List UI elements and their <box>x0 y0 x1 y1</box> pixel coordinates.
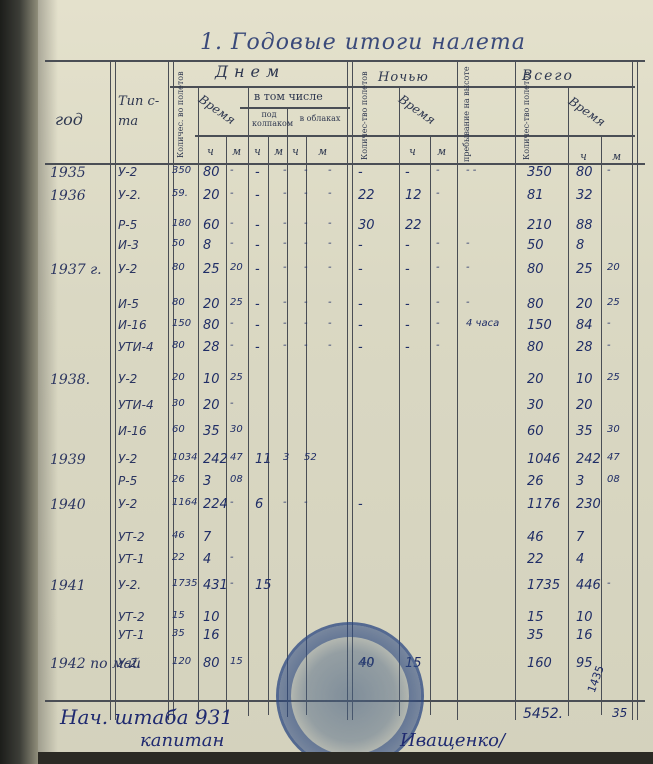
cell-cloud-m: - <box>328 262 332 273</box>
header-total-h: ч <box>580 150 587 163</box>
cell-day-h: 80 <box>203 165 220 180</box>
cell-day-h: 7 <box>203 530 211 545</box>
cell-night-m: - <box>436 318 440 329</box>
header-day-count: Количес. во полетов <box>176 88 185 158</box>
cell-cloud-h: - <box>304 340 308 351</box>
grid-col-year <box>110 60 116 720</box>
cell-stay: - - <box>466 165 476 176</box>
cell-hood-h: - <box>255 218 260 233</box>
cell-type: Р-5 <box>118 474 137 488</box>
grid-col-stay-end <box>515 60 516 720</box>
grid-col-day-end <box>347 60 353 720</box>
cell-total-count: 80 <box>527 297 544 312</box>
grid-col-end <box>632 60 638 720</box>
cell-day-count: 20 <box>172 372 185 383</box>
cell-hood-h: 6 <box>255 497 263 512</box>
cell-cloud-m: - <box>328 188 332 199</box>
grid-col-nighth <box>430 135 431 715</box>
cell-day-m: - <box>230 218 234 229</box>
cell-total-count: 30 <box>527 398 544 413</box>
cell-total-count: 80 <box>527 340 544 355</box>
cell-total-h: 8 <box>576 238 584 253</box>
cell-hood-h: - <box>255 297 260 312</box>
cell-total-h: 80 <box>576 165 593 180</box>
cell-day-count: 1034 <box>172 452 197 463</box>
cell-type: УТИ-4 <box>118 340 154 354</box>
cell-day-count: 1164 <box>172 497 197 508</box>
cell-year: 1938. <box>50 372 90 388</box>
cell-total-m: 30 <box>607 424 620 435</box>
cell-day-count: 80 <box>172 297 185 308</box>
cell-total-h: 242 <box>576 452 601 467</box>
cell-night-h: - <box>405 165 410 180</box>
cell-total-h: 35 <box>576 424 593 439</box>
cell-total-h: 88 <box>576 218 593 233</box>
cell-day-m: - <box>230 340 234 351</box>
cell-cloud-m: - <box>328 218 332 229</box>
cell-night-m: - <box>436 297 440 308</box>
cell-day-m: 25 <box>230 372 243 383</box>
header-year: год <box>55 110 83 129</box>
grid-col-nightcount <box>399 86 400 716</box>
cell-night-h: 22 <box>405 218 422 233</box>
cell-type: У-2 <box>118 165 137 179</box>
cell-total-h: 230 <box>576 497 601 512</box>
cell-hood-h: - <box>255 188 260 203</box>
cell-type: Р-5 <box>118 218 137 232</box>
cell-total-count: 160 <box>527 656 552 671</box>
cell-total-m: - <box>607 318 611 329</box>
cell-total-count: 210 <box>527 218 552 233</box>
cell-stay: - <box>466 262 470 273</box>
cell-day-h: 224 <box>203 497 228 512</box>
cell-total-h: 7 <box>576 530 584 545</box>
cell-hood-m: - <box>283 262 287 273</box>
cell-year: 1936 <box>50 188 86 204</box>
cell-total-h: 84 <box>576 318 593 333</box>
cell-total-count: 20 <box>527 372 544 387</box>
cell-day-h: 20 <box>203 398 220 413</box>
cell-type: У-2. <box>118 188 141 202</box>
grid-col-daycount <box>198 86 199 716</box>
cell-total-h: 10 <box>576 372 593 387</box>
cell-day-count: 50 <box>172 238 185 249</box>
cell-hood-m: - <box>283 165 287 176</box>
cell-total-m: - <box>607 578 611 589</box>
cell-night-count: - <box>358 297 363 312</box>
cell-type: УТИ-4 <box>118 398 154 412</box>
cell-total-m: - <box>607 340 611 351</box>
cell-type: У-2 <box>118 262 137 276</box>
cell-total-count: 1735 <box>527 578 560 593</box>
cell-hood-h: 11 <box>255 452 272 467</box>
cell-day-m: 25 <box>230 297 243 308</box>
cell-day-count: 60 <box>172 424 185 435</box>
cell-day-count: 80 <box>172 262 185 273</box>
cell-type: УТ-2 <box>118 530 145 544</box>
cell-total-h: 32 <box>576 188 593 203</box>
cell-day-count: 59. <box>172 188 188 199</box>
cell-hood-m: 3 <box>283 452 289 463</box>
cell-day-count: 150 <box>172 318 191 329</box>
cell-day-h: 20 <box>203 297 220 312</box>
cell-total-h: 3 <box>576 474 584 489</box>
header-night: Ночью <box>378 70 429 85</box>
cell-cloud-h: - <box>304 497 308 508</box>
cell-total-count: 1046 <box>527 452 560 467</box>
cell-day-count: 350 <box>172 165 191 176</box>
cell-night-count: - <box>358 238 363 253</box>
cell-day-h: 3 <box>203 474 211 489</box>
cell-day-count: 26 <box>172 474 185 485</box>
cell-hood-h: - <box>255 262 260 277</box>
cell-total-m: 25 <box>607 297 620 308</box>
cell-day-h: 242 <box>203 452 228 467</box>
page-title: 1. Годовые итоги налета <box>200 30 526 55</box>
stamp-text: 40 <box>360 655 374 668</box>
header-cloud-h: ч <box>292 145 299 158</box>
page-bottom-edge <box>38 752 653 764</box>
cell-day-m: 15 <box>230 656 243 667</box>
cell-year: 1940 <box>50 497 86 513</box>
cell-total-m: 47 <box>607 452 620 463</box>
cell-hood-h: - <box>255 165 260 180</box>
header-night-count: Количес-тво полетов <box>360 92 369 160</box>
cell-type: У-2. <box>118 656 141 670</box>
cell-day-count: 1735 <box>172 578 197 589</box>
header-stay: пребывание на высоте <box>462 66 506 162</box>
cell-night-count: - <box>358 497 363 512</box>
cell-day-count: 46 <box>172 530 185 541</box>
header-hood-m: м <box>274 145 283 158</box>
cell-total-count: 1176 <box>527 497 560 512</box>
cell-total-h: 4 <box>576 552 584 567</box>
grand-total-minutes: 35 <box>612 706 627 720</box>
cell-night-count: 22 <box>358 188 375 203</box>
cell-cloud-h: - <box>304 218 308 229</box>
cell-day-h: 16 <box>203 628 220 643</box>
cell-day-m: - <box>230 188 234 199</box>
cell-hood-m: - <box>283 340 287 351</box>
header-incl-hood: под колпаком <box>252 110 286 128</box>
grid-col-totalcount <box>568 86 569 716</box>
cell-night-count: - <box>358 262 363 277</box>
cell-hood-m: - <box>283 497 287 508</box>
header-day: Днем <box>215 62 285 81</box>
grid-group-row <box>170 86 635 88</box>
cell-day-count: 180 <box>172 218 191 229</box>
cell-cloud-m: - <box>328 318 332 329</box>
cell-night-h: - <box>405 340 410 355</box>
cell-cloud-m: - <box>328 238 332 249</box>
cell-day-m: - <box>230 398 234 409</box>
cell-type: УТ-1 <box>118 552 145 566</box>
grid-col-type <box>168 60 174 720</box>
cell-day-h: 8 <box>203 238 211 253</box>
cell-day-h: 431 <box>203 578 228 593</box>
cell-hood-h: - <box>255 318 260 333</box>
cell-hood-h: - <box>255 238 260 253</box>
signature-name: Иващенко/ <box>400 730 505 751</box>
cell-stay: - <box>466 297 470 308</box>
cell-year: 1937 г. <box>50 262 102 278</box>
header-cloud-m: м <box>318 145 327 158</box>
cell-day-h: 20 <box>203 188 220 203</box>
cell-total-count: 46 <box>527 530 544 545</box>
cell-hood-m: - <box>283 188 287 199</box>
cell-total-count: 80 <box>527 262 544 277</box>
cell-cloud-h: - <box>304 318 308 329</box>
cell-day-count: 80 <box>172 340 185 351</box>
cell-total-count: 22 <box>527 552 544 567</box>
cell-day-m: 47 <box>230 452 243 463</box>
cell-day-h: 35 <box>203 424 220 439</box>
cell-stay: - <box>466 238 470 249</box>
cell-total-m: 25 <box>607 372 620 383</box>
cell-total-h: 95 <box>576 656 593 671</box>
cell-total-count: 60 <box>527 424 544 439</box>
grid-col-hoodh <box>268 135 269 715</box>
cell-cloud-m: - <box>328 165 332 176</box>
cell-hood-m: - <box>283 238 287 249</box>
cell-cloud-m: - <box>328 297 332 308</box>
cell-total-count: 150 <box>527 318 552 333</box>
cell-day-count: 120 <box>172 656 191 667</box>
cell-total-h: 20 <box>576 297 593 312</box>
cell-total-m: 08 <box>607 474 620 485</box>
cell-total-m: 20 <box>607 262 620 273</box>
cell-total-h: 25 <box>576 262 593 277</box>
header-night-m: м <box>437 145 446 158</box>
cell-total-count: 81 <box>527 188 544 203</box>
cell-day-h: 4 <box>203 552 211 567</box>
cell-day-h: 25 <box>203 262 220 277</box>
header-incl: в том числе <box>254 90 323 103</box>
cell-total-count: 350 <box>527 165 552 180</box>
cell-total-count: 26 <box>527 474 544 489</box>
cell-year: 1935 <box>50 165 86 181</box>
cell-day-m: 20 <box>230 262 243 273</box>
cell-night-m: - <box>436 340 440 351</box>
cell-total-count: 50 <box>527 238 544 253</box>
cell-total-h: 10 <box>576 610 593 625</box>
cell-day-m: - <box>230 497 234 508</box>
cell-cloud-h: - <box>304 165 308 176</box>
cell-total-m: - <box>607 165 611 176</box>
cell-night-m: - <box>436 188 440 199</box>
cell-total-count: 35 <box>527 628 544 643</box>
cell-day-h: 80 <box>203 318 220 333</box>
cell-total-h: 446 <box>576 578 601 593</box>
cell-day-m: - <box>230 165 234 176</box>
cell-day-count: 30 <box>172 398 185 409</box>
grid-col-hoodm <box>287 107 288 717</box>
cell-cloud-h: - <box>304 297 308 308</box>
cell-cloud-h: - <box>304 262 308 273</box>
cell-day-h: 28 <box>203 340 220 355</box>
signature-line2: капитан <box>140 730 224 751</box>
cell-total-h: 20 <box>576 398 593 413</box>
cell-day-m: 08 <box>230 474 243 485</box>
cell-day-h: 60 <box>203 218 220 233</box>
cell-hood-h: 15 <box>255 578 272 593</box>
cell-stay: 4 часа <box>466 318 499 329</box>
cell-cloud-m: - <box>328 340 332 351</box>
cell-night-count: - <box>358 318 363 333</box>
cell-day-h: 80 <box>203 656 220 671</box>
cell-year: 1941 <box>50 578 86 594</box>
cell-day-count: 15 <box>172 610 185 621</box>
cell-night-count: - <box>358 340 363 355</box>
cell-day-m: 30 <box>230 424 243 435</box>
cell-night-m: - <box>436 165 440 176</box>
cell-type: И-3 <box>118 238 139 252</box>
cell-day-count: 35 <box>172 628 185 639</box>
cell-hood-h: - <box>255 340 260 355</box>
cell-hood-m: - <box>283 318 287 329</box>
cell-cloud-h: - <box>304 238 308 249</box>
grid-col-totalh <box>601 135 602 715</box>
cell-type: УТ-1 <box>118 628 145 642</box>
cell-year: 1939 <box>50 452 86 468</box>
cell-day-m: - <box>230 578 234 589</box>
header-hood-h: ч <box>254 145 261 158</box>
cell-type: И-5 <box>118 297 139 311</box>
grand-total-count: 5452. <box>523 706 563 722</box>
cell-night-h: - <box>405 238 410 253</box>
cell-day-m: - <box>230 318 234 329</box>
cell-type: УТ-2 <box>118 610 145 624</box>
cell-total-count: 15 <box>527 610 544 625</box>
header-aircraft-type: Тип с-та <box>118 92 166 132</box>
header-night-h: ч <box>409 145 416 158</box>
cell-type: У-2 <box>118 452 137 466</box>
cell-day-h: 10 <box>203 372 220 387</box>
header-day-m: м <box>232 145 241 158</box>
cell-night-count: 30 <box>358 218 375 233</box>
header-total-m: м <box>612 150 621 163</box>
grid-top <box>45 60 645 62</box>
cell-night-h: - <box>405 297 410 312</box>
grid-col-night-end <box>457 60 458 720</box>
cell-day-h: 10 <box>203 610 220 625</box>
header-total-count: Количес-тво полетов <box>522 92 562 160</box>
cell-cloud-h: 52 <box>304 452 317 463</box>
cell-night-count: - <box>358 165 363 180</box>
cell-day-m: - <box>230 238 234 249</box>
header-incl-clouds: в облаках <box>292 114 348 123</box>
cell-night-h: - <box>405 318 410 333</box>
cell-type: И-16 <box>118 318 147 332</box>
cell-type: У-2 <box>118 372 137 386</box>
cell-night-m: - <box>436 238 440 249</box>
grid-col-daym <box>248 86 249 716</box>
grid-col-dayh <box>226 135 227 715</box>
cell-night-h: 12 <box>405 188 422 203</box>
cell-day-m: - <box>230 552 234 563</box>
header-day-h: ч <box>207 145 214 158</box>
cell-day-count: 22 <box>172 552 185 563</box>
signature-line1: Нач. штаба 931 <box>60 705 233 729</box>
cell-hood-m: - <box>283 218 287 229</box>
cell-cloud-h: - <box>304 188 308 199</box>
cell-type: У-2. <box>118 578 141 592</box>
cell-total-h: 16 <box>576 628 593 643</box>
grid-incl-row <box>240 107 350 109</box>
cell-night-h: - <box>405 262 410 277</box>
cell-night-m: - <box>436 262 440 273</box>
cell-total-h: 28 <box>576 340 593 355</box>
cell-type: У-2 <box>118 497 137 511</box>
cell-type: И-16 <box>118 424 147 438</box>
cell-hood-m: - <box>283 297 287 308</box>
